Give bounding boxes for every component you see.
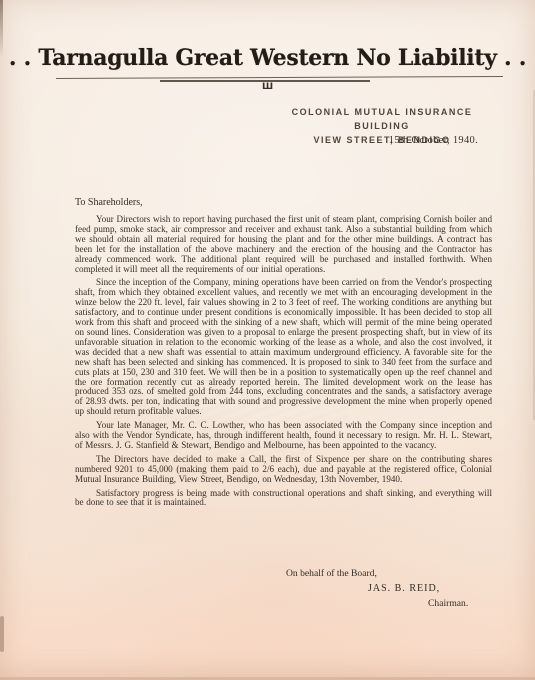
title-rule-long <box>56 76 503 79</box>
printers-mark-ornament: Ш <box>0 82 535 92</box>
letter-paragraph: Your late Manager, Mr. C. C. Lowther, wh… <box>75 421 492 451</box>
paper-edge-shade-bottom-left <box>0 616 4 652</box>
signatory-role: Chairman. <box>428 598 468 609</box>
letter-paragraph: The Directors have decided to make a Cal… <box>75 455 492 485</box>
letter-page: . . Tarnagulla Great Western No Liabilit… <box>0 0 535 680</box>
closing-line: On behalf of the Board, <box>286 568 377 579</box>
signatory-name: JAS. B. REID, <box>368 583 440 594</box>
letter-body: Your Directors wish to report having pur… <box>75 215 492 512</box>
salutation: To Shareholders, <box>75 197 143 208</box>
address-line-1: COLONIAL MUTUAL INSURANCE BUILDING <box>262 105 502 133</box>
letter-paragraph: Since the inception of the Company, mini… <box>75 278 492 417</box>
company-title: . . Tarnagulla Great Western No Liabilit… <box>0 45 535 71</box>
letter-paragraph: Your Directors wish to report having pur… <box>75 215 492 274</box>
letter-paragraph: Satisfactory progress is being made with… <box>75 489 492 509</box>
letter-date: 15th October, 1940. <box>389 135 478 146</box>
